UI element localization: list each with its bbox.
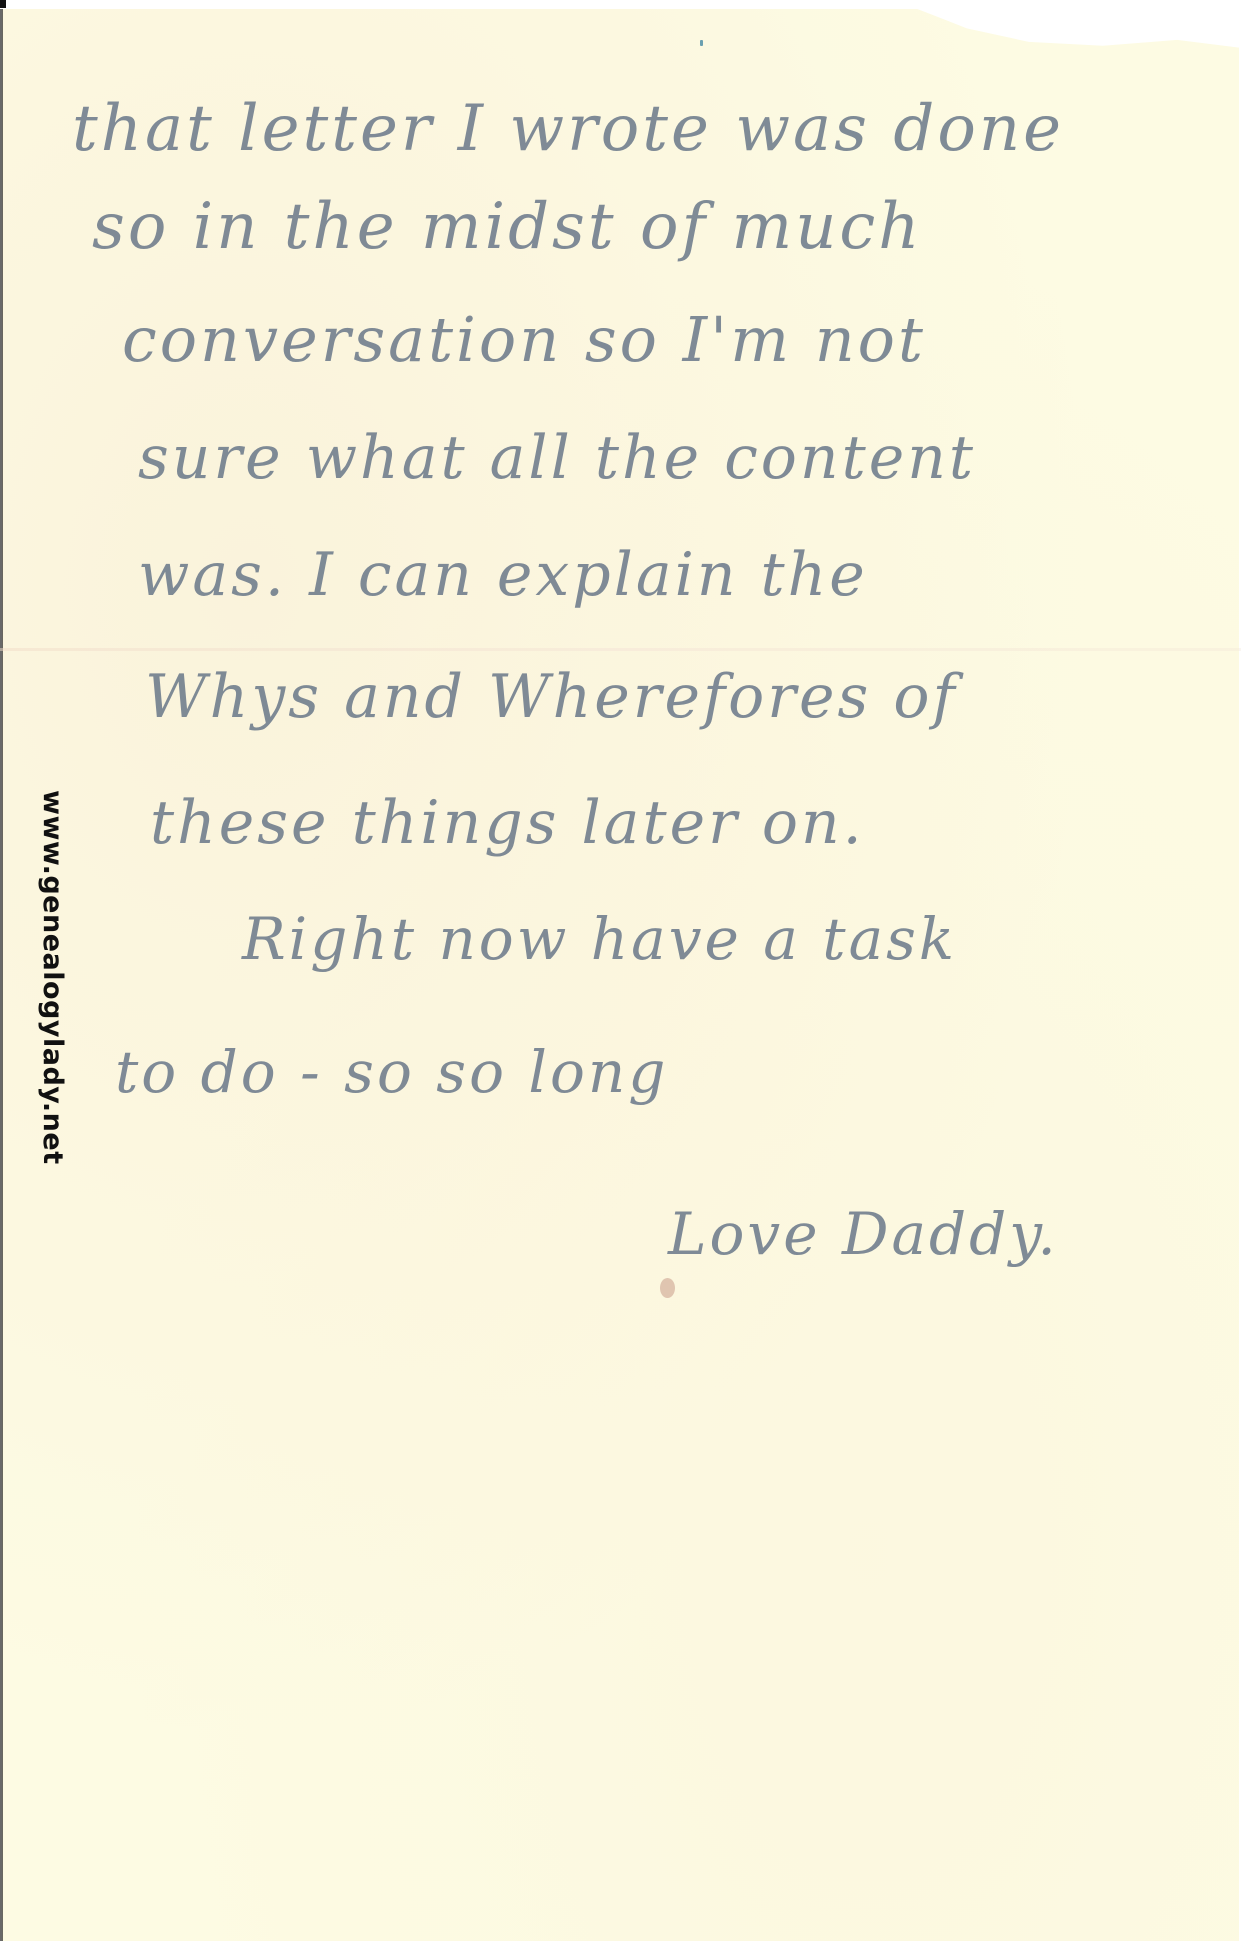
letter-line-2: so in the midst of much [92, 190, 922, 264]
letter-line-8: Right now have a task [242, 905, 957, 973]
letter-line-9: to do - so so long [115, 1038, 668, 1106]
letter-line-5: was. I can explain the [138, 540, 868, 610]
letter-signature: Love Daddy. [668, 1200, 1059, 1268]
website-watermark: www.genealogylady.net [28, 790, 68, 1160]
letter-line-1: that letter I wrote was done [72, 92, 1064, 166]
letter-line-6: Whys and Wherefores of [145, 662, 958, 732]
letter-line-4: sure what all the content [138, 423, 976, 493]
letter-line-7: these things later on. [150, 788, 865, 858]
letter-body: that letter I wrote was done so in the m… [0, 0, 1241, 1941]
letter-line-3: conversation so I'm not [122, 303, 926, 376]
scanned-letter-page: that letter I wrote was done so in the m… [0, 0, 1241, 1941]
